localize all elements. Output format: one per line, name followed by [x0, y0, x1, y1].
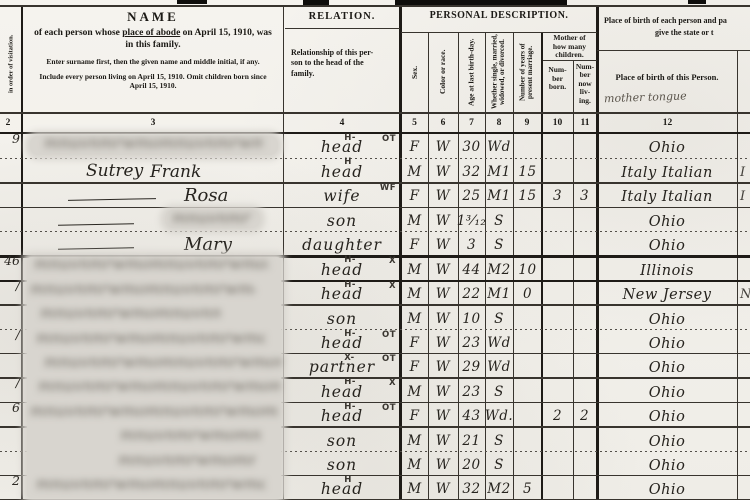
born-cell: 3	[542, 183, 573, 208]
relation-cell: partnerX-OT	[286, 354, 398, 378]
relation-cell: headH	[286, 476, 398, 500]
relation-pencil-mark-above: H	[344, 475, 352, 485]
mother-tongue-annotation: mother tongue	[604, 88, 734, 106]
sex-value: M	[407, 311, 421, 330]
marital-value: M2	[487, 481, 510, 500]
born-cell	[542, 452, 573, 477]
living-value: 3	[580, 188, 589, 207]
birthplace-cell: Ohio	[599, 452, 735, 477]
rule	[597, 50, 750, 51]
years-cell: 15	[513, 183, 542, 208]
relation-value: head	[321, 383, 363, 403]
ditto-mark	[58, 223, 134, 226]
birthplace-value: New Jersey	[623, 287, 712, 305]
living-value: 2	[580, 408, 589, 427]
color-value: W	[436, 433, 450, 452]
name-note2: Include every person living on April 15,…	[24, 72, 282, 92]
years-value: 5	[523, 481, 532, 500]
redacted-squiggle: mnuvnmrwmomnuvnmrwmomn	[36, 474, 266, 493]
living-cell	[573, 378, 596, 403]
marital-value: S	[494, 237, 504, 256]
column-header-name: NAME of each person whose place of abode…	[24, 7, 282, 111]
born-cell	[542, 134, 573, 158]
color-cell: W	[429, 183, 457, 208]
relation-cell: headH-X	[286, 378, 398, 403]
birthplace-cell: Ohio	[599, 305, 735, 330]
age-cell: 23	[458, 330, 485, 355]
color-cell: W	[429, 134, 457, 158]
sex-cell: M	[402, 476, 427, 500]
born-cell	[542, 427, 573, 452]
sex-value: F	[410, 237, 420, 256]
relation-pencil-mark-right: OT	[382, 354, 396, 364]
father-birthplace-fragment: I	[740, 165, 745, 180]
years-cell	[513, 378, 542, 403]
age-cell: 29	[458, 354, 485, 378]
birthplace-cell: Italy Italian	[599, 158, 735, 183]
redacted-squiggle: mnuvnmrwmomnuvnmrwmomn	[36, 328, 266, 347]
relation-value: head	[321, 285, 363, 305]
relation-pencil-mark-right: OT	[382, 134, 396, 144]
age-value: 23	[462, 384, 480, 403]
years-cell	[513, 427, 542, 452]
name-title: NAME	[24, 9, 282, 25]
birthplace-value: Ohio	[649, 312, 686, 330]
colnum-2: 2	[0, 114, 16, 132]
birthplace-value: Ohio	[649, 458, 686, 476]
marital-value: Wd.	[485, 408, 513, 427]
born-cell	[542, 281, 573, 306]
sex-value: F	[410, 188, 420, 207]
color-value: W	[436, 481, 450, 500]
marital-cell: Wd	[485, 354, 513, 378]
color-cell: W	[429, 378, 457, 403]
marital-cell: M2	[485, 256, 513, 281]
redacted-squiggle: mnuvnmrwmomnuvnmrwmomn	[30, 401, 278, 420]
color-value: W	[436, 213, 450, 232]
sex-value: F	[410, 408, 420, 427]
color-cell: W	[429, 452, 457, 477]
birthplace-value: Ohio	[649, 482, 686, 500]
relation-value: wife	[323, 187, 360, 207]
years-married-column-label: Number of years of present marriage.	[514, 34, 540, 110]
marital-cell: M1	[485, 183, 513, 208]
color-value: W	[436, 384, 450, 403]
color-value: W	[436, 457, 450, 476]
color-value: W	[436, 139, 450, 158]
marital-cell: S	[485, 452, 513, 477]
relation-title: RELATION.	[286, 11, 398, 22]
birthplace-cell: Ohio	[599, 207, 735, 232]
relation-pencil-mark-above: H-	[344, 377, 356, 387]
name-surname: Sutrey	[86, 161, 143, 181]
relation-value: head	[321, 480, 363, 500]
age-value: 43	[462, 408, 480, 427]
age-cell: 43	[458, 403, 485, 428]
redacted-squiggle: mnuvnmrwmomnuvnmrwmomn	[34, 254, 269, 273]
relation-pencil-mark-right: X	[389, 378, 396, 388]
marital-cell: M2	[485, 476, 513, 500]
color-value: W	[436, 164, 450, 183]
birth-band-line2: give the state or t	[655, 28, 750, 37]
birthplace-value: Illinois	[640, 263, 694, 281]
mother-of-children-label: Mother of how many children.	[543, 34, 596, 60]
birthplace-cell: Ohio	[599, 330, 735, 355]
relation-pencil-mark-above: H	[344, 157, 352, 167]
age-value: 3	[467, 237, 476, 256]
birthplace-cell: Ohio	[599, 403, 735, 428]
sex-cell: M	[402, 281, 427, 306]
age-value: 23	[462, 335, 480, 354]
color-cell: W	[429, 403, 457, 428]
personal-description-title: PERSONAL DESCRIPTION.	[401, 10, 597, 21]
living-cell	[573, 354, 596, 378]
birthplace-value: Ohio	[649, 434, 686, 452]
sex-cell: F	[402, 403, 427, 428]
birthplace-value: Ohio	[649, 385, 686, 403]
redacted-squiggle: mnuvnmrwmomnuvnmrwmomn	[118, 450, 256, 469]
marital-cell: S	[485, 305, 513, 330]
age-value: 1³⁄₁₂	[457, 213, 487, 232]
age-cell: 1³⁄₁₂	[458, 207, 485, 232]
table-row: MarydaughterFW3SOhio	[0, 232, 750, 257]
colnum-3: 3	[24, 114, 282, 132]
sex-cell: M	[402, 305, 427, 330]
relation-value: head	[321, 407, 363, 427]
marital-cell: S	[485, 207, 513, 232]
living-cell	[573, 207, 596, 232]
marital-value: M1	[487, 286, 510, 305]
living-cell	[573, 330, 596, 355]
marital-value: M1	[487, 188, 510, 207]
years-cell	[513, 452, 542, 477]
name-given: Frank	[150, 162, 201, 182]
age-cell: 44	[458, 256, 485, 281]
living-cell: 3	[573, 183, 596, 208]
sex-value: M	[407, 164, 421, 183]
margin-mark: 9	[0, 131, 20, 146]
column-header-relation: RELATION. Relationship of this per- son …	[286, 7, 398, 111]
redacted-squiggle: mnuvnmrwmomnuvnmrwmomn	[44, 133, 264, 152]
birthplace-value: Ohio	[649, 140, 686, 158]
marital-value: M1	[487, 164, 510, 183]
years-cell	[513, 134, 542, 158]
born-cell	[542, 354, 573, 378]
color-value: W	[436, 335, 450, 354]
color-cell: W	[429, 305, 457, 330]
years-value: 15	[518, 164, 536, 183]
sex-cell: M	[402, 427, 427, 452]
age-value: 10	[462, 311, 480, 330]
relation-cell: headH	[286, 158, 398, 183]
years-cell: 5	[513, 476, 542, 500]
margin-mark: ∕	[0, 327, 20, 342]
birthplace-value: Italy Italian	[621, 189, 713, 207]
age-cell: 21	[458, 427, 485, 452]
colnum-4: 4	[286, 114, 398, 132]
relation-cell: son	[286, 305, 398, 330]
margin-mark: 46	[0, 253, 20, 268]
redacted-squiggle: mnuvnmrwmomnuvnmrwmomn	[44, 352, 282, 371]
years-cell	[513, 207, 542, 232]
years-value: 15	[518, 188, 536, 207]
colnum-6: 6	[429, 114, 457, 132]
father-birthplace-fragment: N	[740, 287, 750, 302]
table-row: mnuvnmrwsonMW1³⁄₁₂SOhio	[0, 207, 750, 232]
relation-pencil-mark-right: X	[389, 256, 396, 266]
age-cell: 32	[458, 158, 485, 183]
sex-cell: F	[402, 232, 427, 257]
margin-mark: ∕	[0, 375, 20, 390]
colnum-10: 10	[543, 114, 572, 132]
age-cell: 20	[458, 452, 485, 477]
born-cell	[542, 207, 573, 232]
living-cell	[573, 476, 596, 500]
relation-pencil-mark-right: OT	[382, 330, 396, 340]
years-value: 0	[523, 286, 532, 305]
birthplace-cell: Italy Italian	[599, 183, 735, 208]
age-value: 29	[462, 359, 480, 378]
living-cell	[573, 158, 596, 183]
sex-cell: M	[402, 452, 427, 477]
birthplace-cell: Ohio	[599, 232, 735, 257]
marital-value: S	[494, 311, 504, 330]
color-value: W	[436, 408, 450, 427]
marital-cell: M1	[485, 158, 513, 183]
census-sheet: in order of visitation. NAME of each per…	[0, 0, 750, 500]
color-value: W	[436, 262, 450, 281]
color-value: W	[436, 359, 450, 378]
marital-cell: Wd	[485, 134, 513, 158]
age-value: 32	[462, 481, 480, 500]
scan-artifact	[177, 0, 207, 4]
born-cell	[542, 476, 573, 500]
colnum-5: 5	[402, 114, 427, 132]
years-cell: 0	[513, 281, 542, 306]
sex-cell: F	[402, 183, 427, 208]
relation-cell: son	[286, 452, 398, 477]
marital-value: S	[494, 213, 504, 232]
age-column-label: Age at last birth-day.	[459, 34, 484, 110]
marital-value: Wd	[487, 335, 511, 354]
age-value: 22	[462, 286, 480, 305]
relation-cell: headH-X	[286, 256, 398, 281]
relation-cell: daughter	[286, 232, 398, 257]
sex-value: F	[410, 335, 420, 354]
years-cell	[513, 232, 542, 257]
relation-pencil-mark-right: WF	[380, 183, 396, 193]
redacted-squiggle: mnuvnmrwmomnuvnmrwmomn	[120, 425, 260, 444]
living-cell: 2	[573, 403, 596, 428]
color-cell: W	[429, 158, 457, 183]
age-cell: 10	[458, 305, 485, 330]
relation-pencil-mark-right: OT	[382, 403, 396, 413]
relation-value: son	[327, 456, 357, 476]
years-cell	[513, 305, 542, 330]
age-value: 21	[462, 433, 480, 452]
sex-column-label: Sex.	[403, 36, 427, 108]
relation-pencil-mark-above: H-	[344, 133, 356, 143]
relation-pencil-mark-above: X-	[344, 353, 354, 363]
sex-cell: M	[402, 207, 427, 232]
colnum-12: 12	[599, 114, 736, 132]
redacted-squiggle: mnuvnmrwmomnuvnmrwmomn	[40, 303, 220, 322]
marital-value: Wd	[487, 359, 511, 378]
born-cell	[542, 158, 573, 183]
name-desc-underlined: place of abode	[122, 28, 180, 38]
marital-value: Wd	[487, 139, 511, 158]
color-cell: W	[429, 232, 457, 257]
age-cell: 32	[458, 476, 485, 500]
color-cell: W	[429, 256, 457, 281]
table-row: SutreyFrankheadHMW32M115Italy ItalianI	[0, 158, 750, 183]
born-cell	[542, 378, 573, 403]
color-cell: W	[429, 427, 457, 452]
name-given: Mary	[184, 234, 232, 255]
color-cell: W	[429, 207, 457, 232]
color-cell: W	[429, 330, 457, 355]
relation-cell: son	[286, 207, 398, 232]
relation-cell: headH-X	[286, 281, 398, 306]
relation-pencil-mark-above: H-	[344, 280, 356, 290]
marital-cell: Wd	[485, 330, 513, 355]
name-desc: of each person whose place of abode on A…	[24, 28, 282, 52]
age-cell: 3	[458, 232, 485, 257]
sex-cell: F	[402, 354, 427, 378]
number-living-label: Num- ber now liv- ing.	[574, 63, 596, 105]
birthplace-cell: Ohio	[599, 378, 735, 403]
age-cell: 22	[458, 281, 485, 306]
born-cell	[542, 330, 573, 355]
age-value: 30	[462, 139, 480, 158]
marital-value: S	[494, 384, 504, 403]
birthplace-cell: Ohio	[599, 427, 735, 452]
scan-artifact	[688, 0, 706, 4]
age-value: 32	[462, 164, 480, 183]
born-cell	[542, 232, 573, 257]
years-cell	[513, 354, 542, 378]
redacted-squiggle: mnuvnmrwmomnuvnmrwmomn	[38, 376, 280, 395]
margin-mark: 2	[0, 473, 20, 488]
sex-cell: M	[402, 256, 427, 281]
margin-mark: 6	[0, 400, 20, 415]
marital-column-label: Whether single, married, widowed, or div…	[486, 34, 512, 110]
age-value: 20	[462, 457, 480, 476]
colnum-7: 7	[459, 114, 484, 132]
relation-cell: headH-OT	[286, 330, 398, 355]
living-cell	[573, 281, 596, 306]
birthplace-value: Ohio	[649, 360, 686, 378]
relation-cell: son	[286, 427, 398, 452]
living-cell	[573, 427, 596, 452]
living-cell	[573, 232, 596, 257]
age-cell: 25	[458, 183, 485, 208]
relation-value: head	[321, 163, 363, 183]
table-row: RosawifeWFFW25M11533Italy ItalianI	[0, 183, 750, 208]
years-cell: 15	[513, 158, 542, 183]
relation-pencil-mark-right: X	[389, 281, 396, 291]
sex-value: F	[410, 139, 420, 158]
living-cell	[573, 452, 596, 477]
relation-value: son	[327, 432, 357, 452]
colnum-8: 8	[486, 114, 512, 132]
birthplace-value: Italy Italian	[621, 165, 713, 183]
color-value: W	[436, 286, 450, 305]
marital-cell: S	[485, 232, 513, 257]
sex-value: M	[407, 457, 421, 476]
color-race-column-label: Color or race.	[429, 36, 457, 108]
birthplace-value: Ohio	[649, 409, 686, 427]
marital-value: S	[494, 433, 504, 452]
sex-value: F	[410, 359, 420, 378]
color-cell: W	[429, 476, 457, 500]
sex-cell: F	[402, 134, 427, 158]
number-born-label: Num- ber born.	[543, 66, 572, 92]
relation-value: head	[321, 334, 363, 354]
age-cell: 30	[458, 134, 485, 158]
ditto-mark	[68, 198, 156, 201]
sex-value: M	[407, 286, 421, 305]
birthplace-cell: Ohio	[599, 476, 735, 500]
color-cell: W	[429, 281, 457, 306]
sex-value: M	[407, 384, 421, 403]
relation-value: son	[327, 310, 357, 330]
place-of-birth-person-label: Place of birth of this Person.	[600, 72, 734, 82]
relation-value: son	[327, 212, 357, 232]
relation-cell: wifeWF	[286, 183, 398, 208]
sex-value: M	[407, 262, 421, 281]
marital-value: M2	[487, 262, 510, 281]
relation-pencil-mark-above: H-	[344, 402, 356, 412]
relation-cell: headH-OT	[286, 403, 398, 428]
name-desc-pre: of each person whose	[34, 28, 122, 38]
color-value: W	[436, 311, 450, 330]
birthplace-cell: New Jersey	[599, 281, 735, 306]
birthplace-cell: Illinois	[599, 256, 735, 281]
sex-value: M	[407, 213, 421, 232]
marital-value: S	[494, 457, 504, 476]
birthplace-value: Ohio	[649, 214, 686, 232]
color-value: W	[436, 237, 450, 256]
living-cell	[573, 305, 596, 330]
age-value: 25	[462, 188, 480, 207]
ditto-mark	[58, 247, 134, 250]
birthplace-cell: Ohio	[599, 134, 735, 158]
relation-value: head	[321, 261, 363, 281]
rule	[543, 60, 597, 61]
color-cell: W	[429, 354, 457, 378]
age-value: 44	[462, 262, 480, 281]
colnum-11: 11	[574, 114, 596, 132]
sex-cell: M	[402, 158, 427, 183]
born-cell: 2	[542, 403, 573, 428]
born-value: 3	[553, 188, 562, 207]
sex-cell: F	[402, 330, 427, 355]
relation-cell: headH-OT	[286, 134, 398, 158]
margin-column-label: in order of visitation.	[1, 18, 21, 110]
father-birthplace-fragment: I	[740, 189, 745, 204]
birth-band-line1: Place of birth of each person and pa	[604, 16, 750, 25]
marital-cell: S	[485, 427, 513, 452]
relation-pencil-mark-above: H-	[344, 255, 356, 265]
living-cell	[573, 256, 596, 281]
relation-value: partner	[309, 358, 375, 378]
sex-cell: M	[402, 378, 427, 403]
relation-value: head	[321, 138, 363, 158]
name-given: Rosa	[184, 185, 228, 206]
born-cell	[542, 256, 573, 281]
relation-desc: Relationship of this per- son to the hea…	[286, 48, 398, 79]
